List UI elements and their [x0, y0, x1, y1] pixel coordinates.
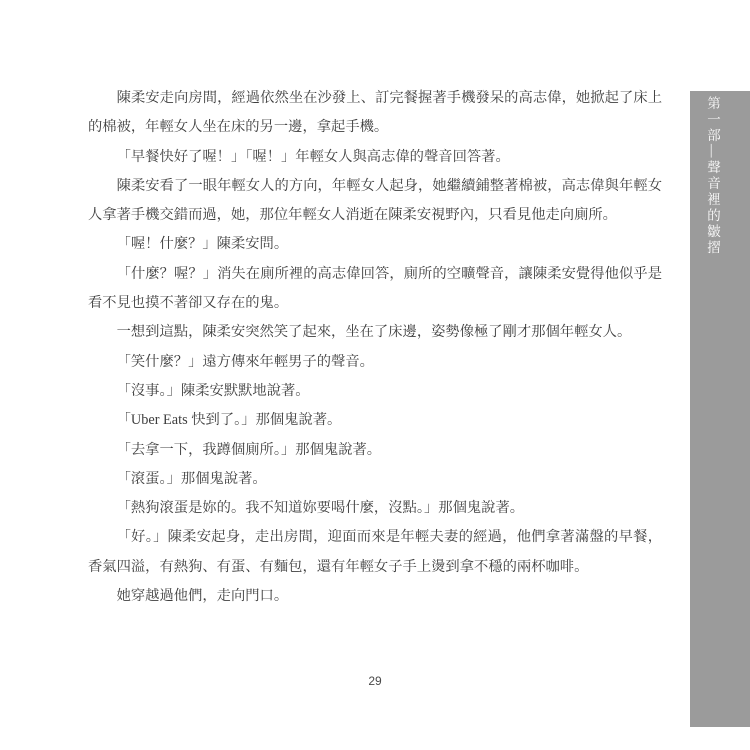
body-paragraph: 「早餐快好了喔！」「喔！」年輕女人與高志偉的聲音回答著。 [88, 143, 662, 172]
body-paragraph: 「去拿一下，我蹲個廁所。」那個鬼說著。 [88, 436, 662, 465]
body-paragraph: 一想到這點，陳柔安突然笑了起來，坐在了床邊，姿勢像極了剛才那個年輕女人。 [88, 318, 662, 347]
chapter-title-vertical: 第一部—聲音裡的皺摺 [702, 91, 722, 256]
body-paragraph: 「笑什麼？」遠方傳來年輕男子的聲音。 [88, 348, 662, 377]
body-paragraph: 「沒事。」陳柔安默默地說著。 [88, 377, 662, 406]
body-paragraph: 「什麼？喔？」消失在廁所裡的高志偉回答，廁所的空曠聲音，讓陳柔安覺得他似乎是看不… [88, 260, 662, 319]
body-paragraph: 「喔！什麼？」陳柔安問。 [88, 230, 662, 259]
body-paragraph: 她穿越過他們，走向門口。 [88, 582, 662, 611]
body-paragraph: 「熱狗滾蛋是妳的。我不知道妳要喝什麼，沒點。」那個鬼說著。 [88, 494, 662, 523]
book-page: 陳柔安走向房間，經過依然坐在沙發上、訂完餐握著手機發呆的高志偉，她掀起了床上的棉… [0, 0, 750, 750]
body-paragraph: 陳柔安走向房間，經過依然坐在沙發上、訂完餐握著手機發呆的高志偉，她掀起了床上的棉… [88, 84, 662, 143]
body-paragraph: 「Uber Eats 快到了。」那個鬼說著。 [88, 406, 662, 435]
page-number: 29 [88, 674, 662, 688]
body-paragraph: 「好。」陳柔安起身，走出房間，迎面而來是年輕夫妻的經過，他們拿著滿盤的早餐，香氣… [88, 523, 662, 582]
body-paragraph: 陳柔安看了一眼年輕女人的方向，年輕女人起身，她繼續鋪整著棉被，高志偉與年輕女人拿… [88, 172, 662, 231]
page-body-text: 陳柔安走向房間，經過依然坐在沙發上、訂完餐握著手機發呆的高志偉，她掀起了床上的棉… [88, 84, 662, 611]
chapter-side-tab: 第一部—聲音裡的皺摺 [690, 91, 750, 727]
body-paragraph: 「滾蛋。」那個鬼說著。 [88, 465, 662, 494]
